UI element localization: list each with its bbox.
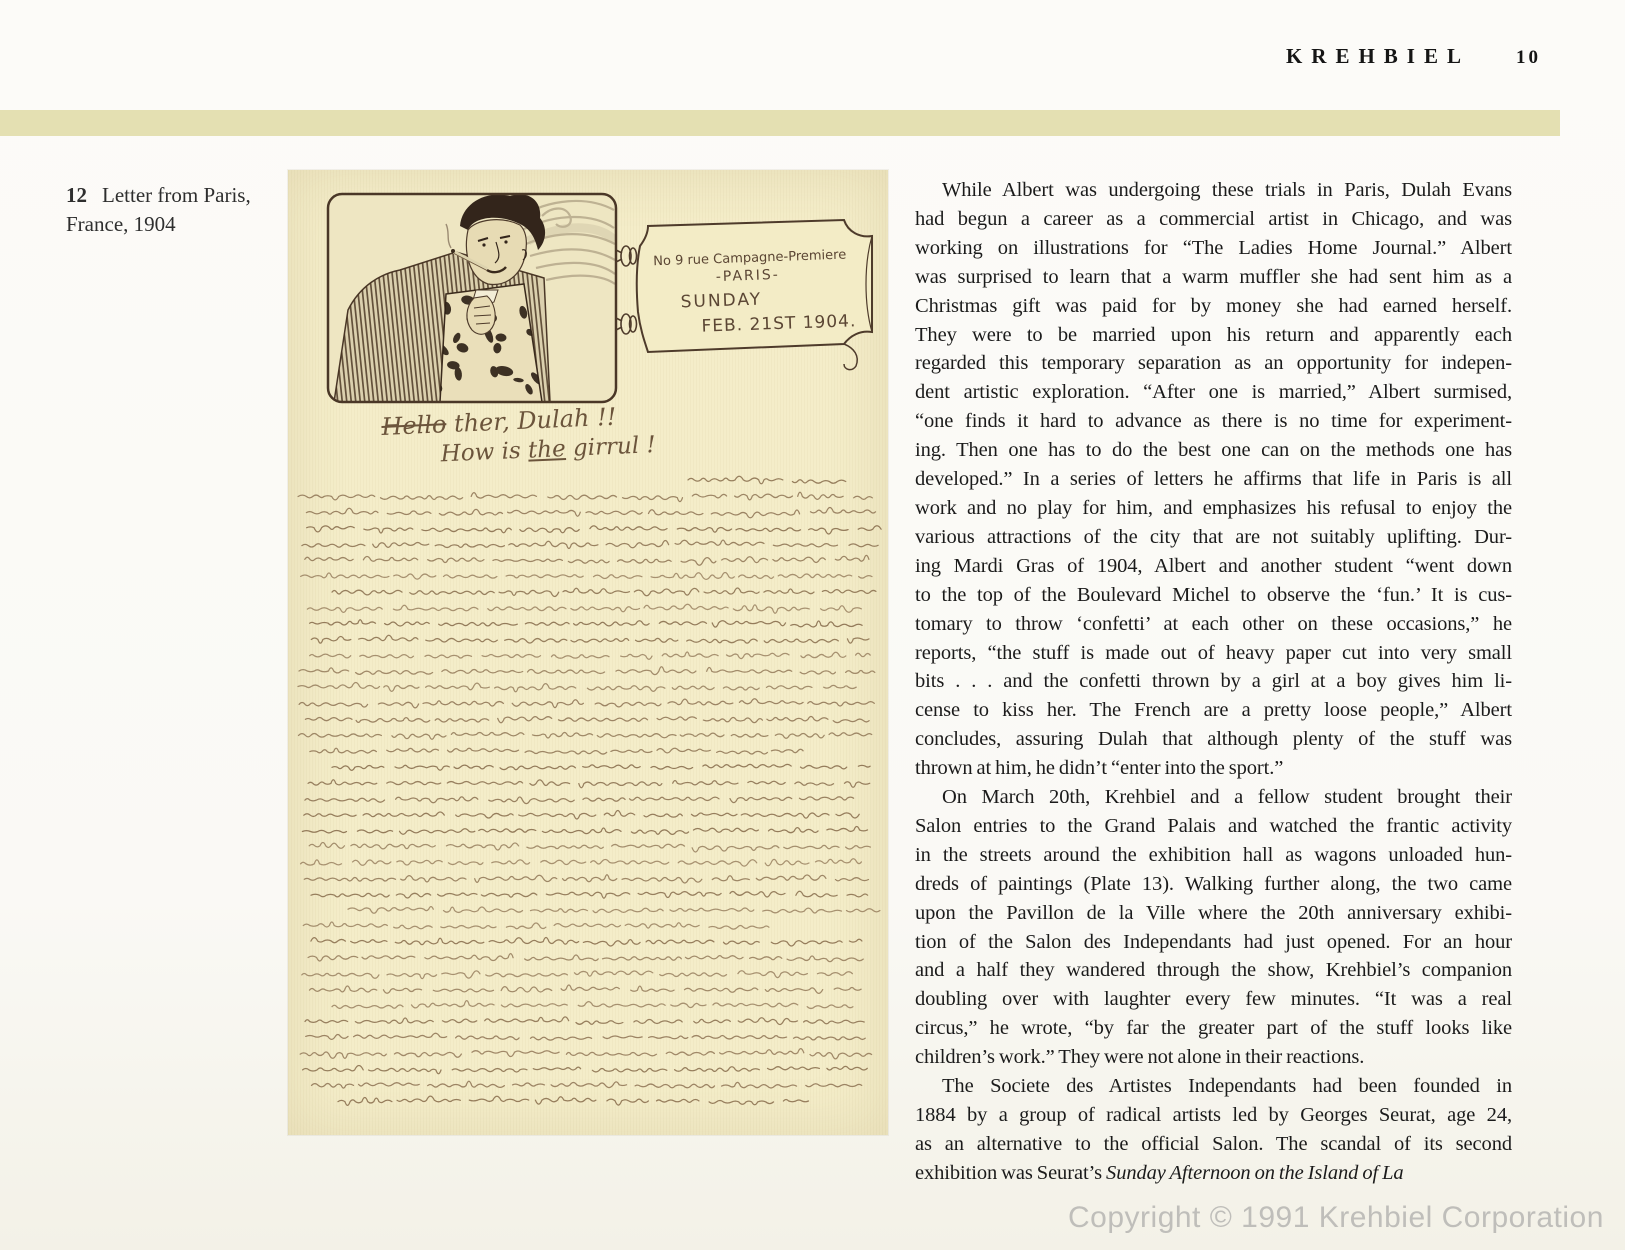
handwriting-line	[332, 764, 870, 770]
portrait-frame-interior	[322, 194, 616, 404]
running-header: KREHBIEL 10	[1286, 44, 1541, 69]
text-line: ing. Then one has to do the best one can…	[915, 436, 1512, 465]
figure-caption-line2: France, 1904	[66, 210, 306, 239]
text-line: as an alternative to the official Salon.…	[915, 1130, 1512, 1159]
text-line: various attractions of the city that are…	[915, 523, 1512, 552]
text-line: 1884 by a group of radical artists led b…	[915, 1101, 1512, 1130]
handwriting-line	[306, 508, 875, 518]
handwriting-line	[299, 667, 875, 675]
handwriting-line	[305, 1017, 864, 1025]
text-line: tion of the Salon des Independants had j…	[915, 928, 1512, 957]
handwriting-line	[305, 797, 854, 804]
text-line: On March 20th, Krehbiel and a fellow stu…	[915, 783, 1512, 812]
text-line: tomary to throw ‘confetti’ at each other…	[915, 610, 1512, 639]
text-line: regarded this temporary separation as an…	[915, 349, 1512, 378]
handwriting-line	[308, 954, 863, 962]
handwriting-line	[305, 717, 869, 723]
text-line: Christmas gift was paid for by money she…	[915, 292, 1512, 321]
text-line: working on illustrations for “The Ladies…	[915, 234, 1512, 263]
handwriting-line	[332, 1001, 853, 1009]
handwriting-line	[303, 922, 769, 929]
text-line: exhibition was Seurat’s Sunday Afternoon…	[915, 1159, 1512, 1188]
banner-city: -PARIS-	[716, 267, 781, 285]
handwriting-line	[301, 859, 862, 866]
text-line: doubling over with laughter every few mi…	[915, 985, 1512, 1014]
handwriting-line	[311, 891, 868, 898]
binder-rings	[616, 246, 637, 334]
handwriting-line	[310, 620, 863, 627]
figure-caption-line1: 12Letter from Paris,	[66, 181, 306, 210]
text-line: concludes, assuring Dulah that although …	[915, 725, 1512, 754]
handwriting-line	[310, 748, 803, 754]
text-line: bits . . . and the confetti thrown by a …	[915, 667, 1512, 696]
handwriting-scrawl	[288, 465, 890, 1120]
handwriting-line	[309, 843, 870, 852]
text-line: and a half they wandered through the sho…	[915, 956, 1512, 985]
handwriting-line	[307, 604, 861, 613]
handwriting-line	[304, 810, 859, 819]
copyright-watermark: Copyright © 1991 Krehbiel Corporation	[1068, 1201, 1604, 1235]
handwriting-line	[307, 526, 881, 534]
handwriting-line	[338, 1096, 808, 1105]
text-line: work and no play for him, and emphasizes…	[915, 494, 1512, 523]
handwriting-line	[310, 652, 870, 659]
handwriting-line	[298, 683, 856, 692]
handwriting-line	[301, 572, 872, 579]
handwriting-line	[311, 635, 869, 643]
text-line: had begun a career as a commercial artis…	[915, 205, 1512, 234]
scanned-letter: No 9 rue Campagne-Premiere -PARIS- SUNDA…	[288, 170, 888, 1135]
text-line: Salon entries to the Grand Palais and wa…	[915, 812, 1512, 841]
page-number: 10	[1516, 47, 1541, 69]
handwriting-line	[303, 1066, 868, 1074]
text-line: dent artistic exploration. “After one is…	[915, 378, 1512, 407]
text-line: to the top of the Boulevard Michel to ob…	[915, 581, 1512, 610]
handwriting-line	[299, 733, 872, 740]
figure-number: 12	[66, 183, 87, 207]
text-line: dreds of paintings (Plate 13). Walking f…	[915, 870, 1512, 899]
text-line: “one finds it hard to advance as there i…	[915, 407, 1512, 436]
book-page: KREHBIEL 10 12Letter from Paris, France,…	[0, 0, 1625, 1250]
handwriting-line	[299, 699, 874, 708]
text-line: ing Mardi Gras of 1904, Albert and anoth…	[915, 552, 1512, 581]
text-line: They were to be married upon his return …	[915, 321, 1512, 350]
portrait-sketch: No 9 rue Campagne-Premiere -PARIS- SUNDA…	[288, 186, 890, 422]
text-line: The Societe des Artistes Independants ha…	[915, 1072, 1512, 1101]
letter-salutation: Hello ther, Dulah !! How is the girrul !	[381, 400, 657, 472]
handwriting-line	[305, 555, 869, 565]
text-line: reports, “the stuff is made out of heavy…	[915, 639, 1512, 668]
handwriting-line	[348, 907, 880, 914]
article-column: While Albert was undergoing these trials…	[915, 176, 1512, 1188]
address-banner: No 9 rue Campagne-Premiere -PARIS- SUNDA…	[616, 220, 872, 370]
handwriting-line	[311, 938, 862, 947]
handwriting-line	[688, 476, 846, 484]
text-line: upon the Pavillon de la Ville where the …	[915, 899, 1512, 928]
handwriting-line	[302, 827, 867, 835]
text-line: cense to kiss her. The French are a pret…	[915, 696, 1512, 725]
handwriting-line	[310, 985, 862, 993]
handwriting-line	[298, 492, 872, 501]
text-line: circus,” he wrote, “by far the greater p…	[915, 1014, 1512, 1043]
text-line: While Albert was undergoing these trials…	[915, 176, 1512, 205]
figure-caption: 12Letter from Paris, France, 1904	[66, 181, 306, 239]
text-line: in the streets around the exhibition hal…	[915, 841, 1512, 870]
decorative-band	[0, 110, 1560, 136]
handwriting-line	[300, 1049, 871, 1059]
text-line: developed.” In a series of letters he af…	[915, 465, 1512, 494]
handwriting-line	[302, 540, 878, 548]
handwriting-line	[306, 1033, 866, 1040]
handwriting-line	[312, 1081, 862, 1088]
text-line: thrown at him, he didn’t “enter into the…	[915, 754, 1512, 783]
handwriting-line	[332, 588, 876, 596]
text-line: was surprised to learn that a warm muffl…	[915, 263, 1512, 292]
handwriting-line	[308, 780, 870, 788]
handwriting-line	[304, 875, 868, 883]
banner-day: SUNDAY	[680, 290, 762, 313]
handwriting-line	[302, 971, 853, 979]
text-line: children’s work.” They were not alone in…	[915, 1043, 1512, 1072]
header-title: KREHBIEL	[1286, 44, 1470, 69]
